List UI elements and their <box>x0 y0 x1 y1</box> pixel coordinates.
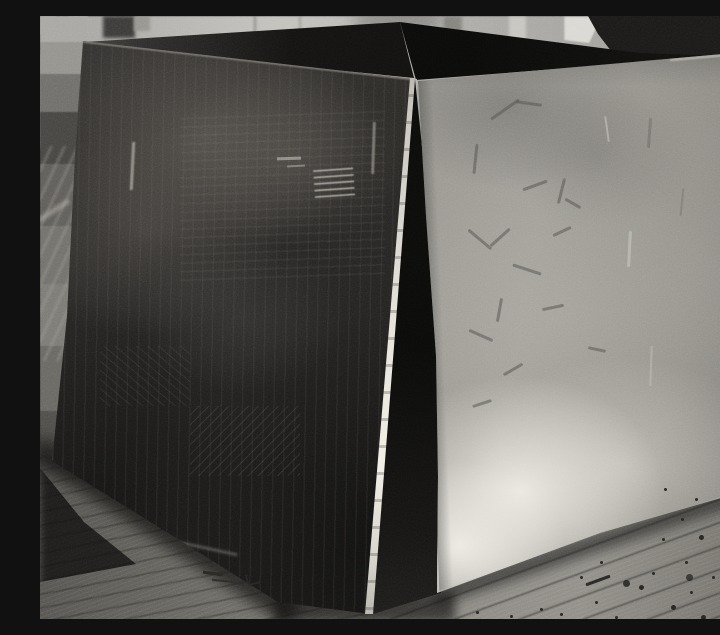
photograph-steel-cube-sculpture <box>40 16 720 619</box>
film-grain-overlay <box>40 16 720 619</box>
